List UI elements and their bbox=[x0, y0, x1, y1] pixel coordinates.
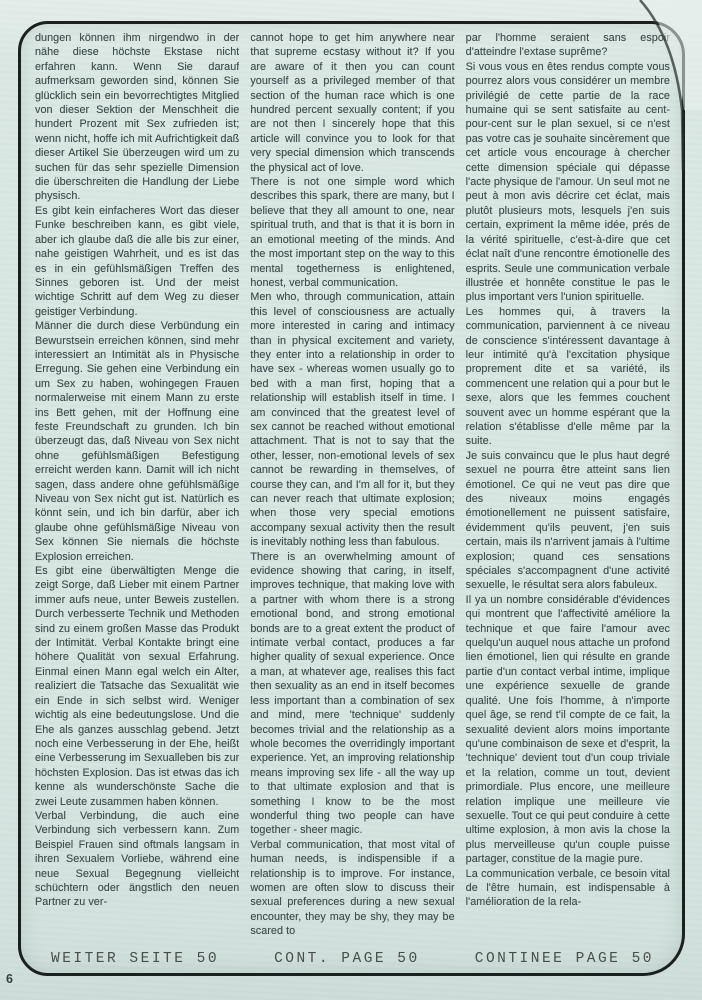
paragraph: Les hommes qui, à travers la communicati… bbox=[466, 305, 670, 449]
footer-continue-french: CONTINEE PAGE 50 bbox=[475, 951, 654, 967]
paragraph: Männer die durch diese Verbündung ein Be… bbox=[35, 319, 239, 564]
paragraph: Si vous vous en êtes rendus compte vous … bbox=[466, 60, 670, 305]
footer-continue-german: WEITER SEITE 50 bbox=[51, 951, 219, 967]
paragraph: Il ya un nombre considérable d'évidences… bbox=[466, 593, 670, 867]
column-german: dungen können ihm nirgendwo in der nähe … bbox=[35, 31, 239, 937]
paragraph: Je suis convaincu que le plus haut degré… bbox=[466, 449, 670, 593]
paragraph: Verbal Verbindung, die auch eine Verbind… bbox=[35, 809, 239, 910]
paragraph: cannot hope to get him anywhere near tha… bbox=[250, 31, 454, 175]
column-english: cannot hope to get him anywhere near tha… bbox=[250, 31, 454, 937]
paragraph: Es gibt eine überwältigten Menge die zei… bbox=[35, 564, 239, 809]
paragraph: Verbal communication, that most vital of… bbox=[250, 838, 454, 937]
page-number: 6 bbox=[6, 972, 13, 986]
paragraph: dungen können ihm nirgendwo in der nähe … bbox=[35, 31, 239, 204]
paragraph: Men who, through communication, attain t… bbox=[250, 290, 454, 549]
paragraph: There is an overwhelming amount of evide… bbox=[250, 550, 454, 838]
paragraph: Es gibt kein einfacheres Wort das dieser… bbox=[35, 204, 239, 319]
footer-continue-english: CONT. PAGE 50 bbox=[274, 951, 420, 967]
paragraph: La communication verbale, ce besoin vita… bbox=[466, 867, 670, 910]
continuation-footer: WEITER SEITE 50 CONT. PAGE 50 CONTINEE P… bbox=[21, 951, 682, 967]
article-columns: dungen können ihm nirgendwo in der nähe … bbox=[35, 31, 670, 937]
column-french: par l'homme seraient sans espoir d'attei… bbox=[466, 31, 670, 937]
paragraph: There is not one simple word which descr… bbox=[250, 175, 454, 290]
paragraph: par l'homme seraient sans espoir d'attei… bbox=[466, 31, 670, 60]
page-border-frame: dungen können ihm nirgendwo in der nähe … bbox=[18, 21, 685, 976]
